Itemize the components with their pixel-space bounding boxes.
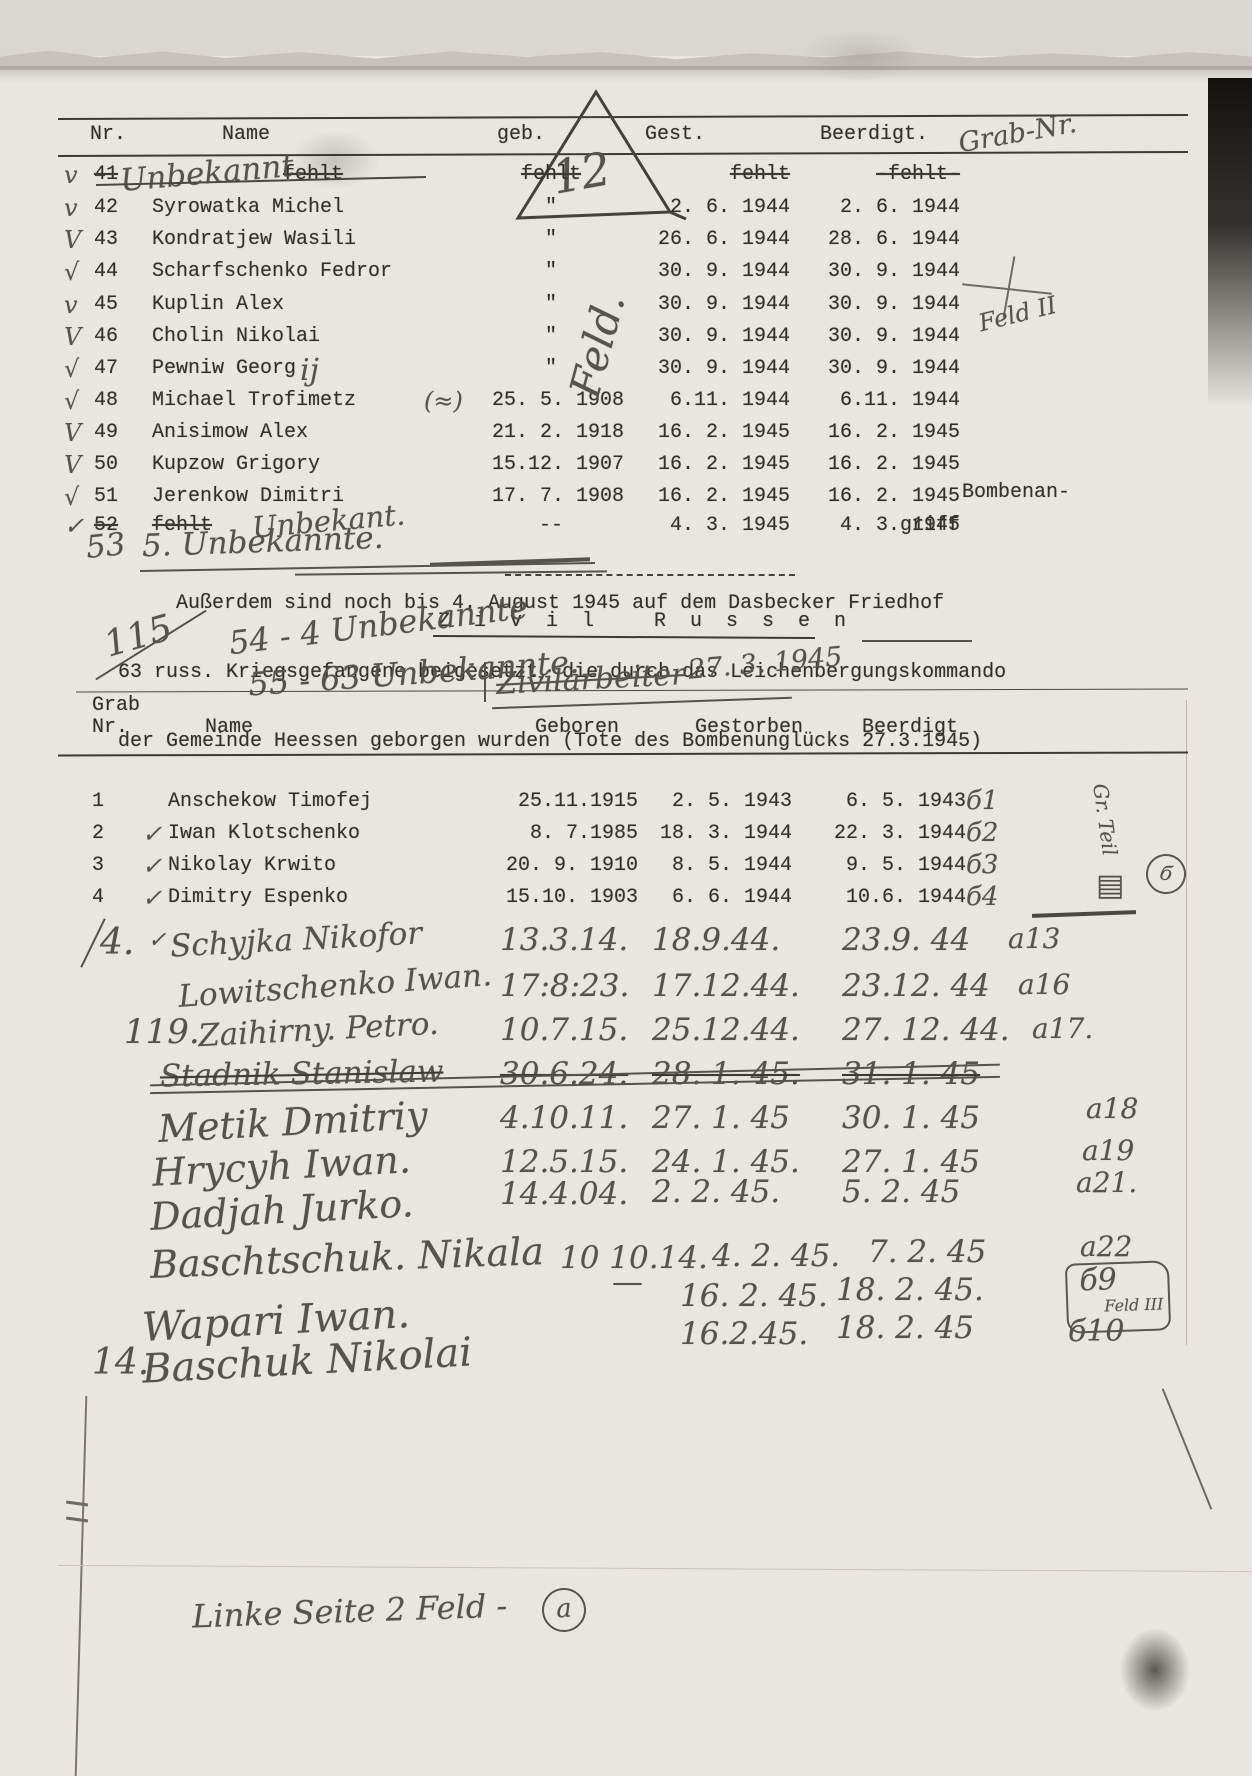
geb-cell: 21. 2. 1918 xyxy=(478,421,624,444)
grave-code: б1 xyxy=(966,786,998,816)
nr-cell: 2 xyxy=(92,822,104,845)
geboren-cell: 20. 9. 1910 xyxy=(498,854,638,877)
name-cell: Syrowatka Michel xyxy=(152,196,344,219)
nr-cell: 3 xyxy=(92,854,104,877)
beerdigt-cell: 30. 1. 45 xyxy=(842,1100,980,1136)
typed-dashed-underline xyxy=(505,574,795,576)
name-cell: Dadjah Jurko. xyxy=(149,1181,415,1239)
geboren-cell: 10.7.15. xyxy=(500,1012,628,1048)
grave-code: б3 xyxy=(966,850,998,880)
col-header-beerdigt: Beerdigt xyxy=(862,716,958,739)
name-cell: Baschuk Nikolai xyxy=(141,1329,473,1392)
beerdigt-cell: 5. 2. 45 xyxy=(842,1174,960,1210)
gest-cell: 30. 9. 1944 xyxy=(650,325,790,348)
handwritten-overline xyxy=(862,640,972,642)
table-row-handwritten: Dadjah Jurko. 14.4.04. 2. 2. 45. 5. 2. 4… xyxy=(0,1188,1252,1238)
beerdigt-cell: 18. 2. 45. xyxy=(836,1272,984,1308)
name-cell: Zaihirny. Petro. xyxy=(197,1006,439,1055)
beerdigt-cell: -fehlt- xyxy=(820,163,960,186)
handwritten-name-suffix: ij xyxy=(300,353,319,388)
geb-cell: " xyxy=(478,196,624,219)
col-header-geboren: Geboren xyxy=(535,716,619,739)
gest-cell: 30. 9. 1944 xyxy=(650,260,790,283)
name-cell: Cholin Nikolai xyxy=(152,325,320,348)
table-row: 1 Anschekow Timofej 25.11.1915 2. 5. 194… xyxy=(0,790,1252,822)
table-row: 2 ✓ Iwan Klotschenko 8. 7.1985 18. 3. 19… xyxy=(0,822,1252,854)
name-cell: Scharfschenko Fedror xyxy=(152,260,392,283)
check-mark: √ xyxy=(64,355,79,383)
margin-note-bombenangriff: Bombenan- xyxy=(962,481,1070,504)
table-row-handwritten: Lowitschenko Iwan. 17:8:23. 17.12.44. 23… xyxy=(0,968,1252,1014)
margin-note-bombenangriff-2: griff xyxy=(900,514,960,537)
table-row-handwritten-crossed: Stadnik Stanislaw 30.6.24. 28. 1. 45. 31… xyxy=(0,1056,1252,1102)
name-cell: Kupzow Grigory xyxy=(152,453,320,476)
gestorben-cell: 6. 6. 1944 xyxy=(650,886,792,909)
nr-cell: 46 xyxy=(94,325,118,348)
geb-cell: " xyxy=(478,228,624,251)
beerdigt-cell: 16. 2. 1945 xyxy=(820,453,960,476)
nr-cell: 45 xyxy=(94,293,118,316)
col-header-gestorben: Gestorben xyxy=(695,716,803,739)
nr-cell: 47 xyxy=(94,357,118,380)
check-mark: ✓ xyxy=(142,884,162,912)
gestorben-cell: 2. 5. 1943 xyxy=(650,790,792,813)
beerdigt-cell: 16. 2. 1945 xyxy=(820,485,960,508)
beerdigt-cell: 22. 3. 1944 xyxy=(824,822,966,845)
gestorben-cell: 2. 2. 45. xyxy=(652,1174,780,1210)
check-mark: √ xyxy=(64,258,79,286)
name-cell: Kondratjew Wasili xyxy=(152,228,356,251)
beerdigt-cell: 7. 2. 45 xyxy=(868,1234,986,1270)
gestorben-cell: 8. 5. 1944 xyxy=(650,854,792,877)
name-cell: Dimitry Espenko xyxy=(168,886,348,909)
check-mark: ✓ xyxy=(148,928,166,953)
handwritten-bracket xyxy=(484,662,486,702)
flag-symbol: ▤ xyxy=(1096,868,1124,903)
gest-cell: 2. 6. 1944 xyxy=(650,196,790,219)
geboren-cell: 12.5.15. xyxy=(500,1144,628,1180)
beerdigt-cell: 18. 2. 45 xyxy=(836,1310,974,1346)
name-cell: Anschekow Timofej xyxy=(168,790,372,813)
scanned-document: Nr. Name geb. Gest. Beerdigt. Grab-Nr. 1… xyxy=(0,0,1252,1776)
check-mark: V xyxy=(64,226,81,254)
table-row: V 43 Kondratjew Wasili " 26. 6. 1944 28.… xyxy=(0,228,1252,260)
check-mark: V xyxy=(64,323,81,351)
beerdigt-cell: 6. 5. 1943 xyxy=(824,790,966,813)
beerdigt-cell: 30. 9. 1944 xyxy=(820,260,960,283)
geboren-cell: 14.4.04. xyxy=(500,1176,628,1212)
grave-code: a17. xyxy=(1032,1012,1093,1045)
geboren-cell: 13.3.14. xyxy=(500,922,628,958)
nr-cell: 50 xyxy=(94,453,118,476)
grave-code: a22 xyxy=(1080,1230,1132,1263)
beerdigt-cell: 16. 2. 1945 xyxy=(820,421,960,444)
geb-cell: -- xyxy=(478,514,624,537)
beerdigt-cell: 27. 12. 44. xyxy=(842,1012,1010,1048)
gest-cell: fehlt xyxy=(650,163,790,186)
geb-cell: 17. 7. 1908 xyxy=(478,485,624,508)
beerdigt-cell: 30. 9. 1944 xyxy=(820,325,960,348)
beerdigt-cell: 23.9. 44 xyxy=(842,922,970,958)
check-mark: v xyxy=(64,291,78,319)
table-row: V 49 Anisimow Alex 21. 2. 1918 16. 2. 19… xyxy=(0,421,1252,453)
check-mark: ✓ xyxy=(142,820,162,848)
nr-cell: 41 xyxy=(94,163,118,186)
gest-cell: 26. 6. 1944 xyxy=(650,228,790,251)
check-mark: ✓ xyxy=(64,512,84,540)
gestorben-cell: 27. 1. 45 xyxy=(652,1100,790,1136)
table-row: √ 48 Michael Trofimetz (≈) 25. 5. 1908 6… xyxy=(0,389,1252,421)
beerdigt-cell: 2. 6. 1944 xyxy=(820,196,960,219)
table-row: v 41 fehlt Unbekannt. fehlt fehlt -fehlt… xyxy=(0,163,1252,195)
beerdigt-cell: 9. 5. 1944 xyxy=(824,854,966,877)
geboren-cell: 25.11.1915 xyxy=(498,790,638,813)
gestorben-cell: 28. 1. 45. xyxy=(652,1056,800,1092)
table-row: √ 44 Scharfschenko Fedror " 30. 9. 1944 … xyxy=(0,260,1252,292)
table-row-handwritten: Metik Dmitriy 4.10.11. 27. 1. 45 30. 1. … xyxy=(0,1100,1252,1150)
nr-cell: 43 xyxy=(94,228,118,251)
geb-cell: 15.12. 1907 xyxy=(478,453,624,476)
gestorben-cell: 16. 2. 45. xyxy=(680,1278,828,1314)
geb-cell: fehlt xyxy=(478,163,624,186)
grave-code: б2 xyxy=(966,818,998,848)
beerdigt-cell: 30. 9. 1944 xyxy=(820,357,960,380)
beerdigt-cell: 28. 6. 1944 xyxy=(820,228,960,251)
gestorben-cell: 4. 2. 45. xyxy=(712,1238,840,1274)
nr-cell: 49 xyxy=(94,421,118,444)
beerdigt-cell: 23.12. 44 xyxy=(842,968,990,1004)
nr-cell: 44 xyxy=(94,260,118,283)
gest-cell: 16. 2. 1945 xyxy=(650,453,790,476)
geboren-cell: 17:8:23. xyxy=(500,968,629,1004)
name-cell: Baschtschuk. Nikala xyxy=(149,1229,544,1287)
gest-cell: 16. 2. 1945 xyxy=(650,485,790,508)
table-row-handwritten: 14. Baschuk Nikolai 16.2.45. 18. 2. 45 б… xyxy=(0,1330,1252,1390)
gest-cell: 16. 2. 1945 xyxy=(650,421,790,444)
fold-shadow xyxy=(0,66,1252,82)
geboren-cell: — xyxy=(612,1264,643,1300)
name-cell: Iwan Klotschenko xyxy=(168,822,360,845)
gest-cell: 30. 9. 1944 xyxy=(650,357,790,380)
geboren-cell: 4.10.11. xyxy=(500,1100,628,1136)
grave-code: a18 xyxy=(1086,1092,1138,1125)
gest-cell: 30. 9. 1944 xyxy=(650,293,790,316)
gestorben-cell: 16.2.45. xyxy=(680,1316,808,1352)
name-cell: Anisimow Alex xyxy=(152,421,308,444)
grave-code: a13 xyxy=(1008,922,1060,955)
table-row-handwritten: 119. Zaihirny. Petro. 10.7.15. 25.12.44.… xyxy=(0,1012,1252,1058)
handwritten-mark: (≈) xyxy=(424,387,463,415)
nr-cell: 42 xyxy=(94,196,118,219)
col-header-grab: Grab xyxy=(92,694,140,717)
beerdigt-cell: 31. 1. 45 xyxy=(842,1056,980,1092)
grave-code: б4 xyxy=(966,882,998,912)
check-mark: v xyxy=(64,194,78,222)
grave-code: a19 xyxy=(1082,1134,1134,1167)
nr-cell: 4 xyxy=(92,886,104,909)
check-mark: √ xyxy=(64,387,79,415)
col-header-beerdigt: Beerdigt. xyxy=(820,123,928,146)
nr-cell: 119. xyxy=(124,1012,200,1052)
geboren-cell: 15.10. 1903 xyxy=(498,886,638,909)
gestorben-cell: 18. 3. 1944 xyxy=(650,822,792,845)
name-cell: Michael Trofimetz xyxy=(152,389,356,412)
gestorben-cell: 18.9.44. xyxy=(652,922,780,958)
grave-code: a16 xyxy=(1018,968,1070,1001)
name-cell: Nikolay Krwito xyxy=(168,854,336,877)
grave-code: a21. xyxy=(1076,1166,1137,1199)
table-row: v 42 Syrowatka Michel " 2. 6. 1944 2. 6.… xyxy=(0,196,1252,228)
gestorben-cell: 17.12.44. xyxy=(652,968,800,1004)
col-header-name: Name xyxy=(222,123,270,146)
gest-cell: 6.11. 1944 xyxy=(650,389,790,412)
check-mark: V xyxy=(64,451,81,479)
name-cell: Pewniw Georg xyxy=(152,357,296,380)
gest-cell: 4. 3. 1945 xyxy=(650,514,790,537)
name-cell: Kuplin Alex xyxy=(152,293,284,316)
check-mark: √ xyxy=(64,483,79,511)
grave-code: б9 xyxy=(1079,1262,1118,1298)
nr-cell: 51 xyxy=(94,485,118,508)
check-mark: v xyxy=(64,161,78,189)
table-row: 3 ✓ Nikolay Krwito 20. 9. 1910 8. 5. 194… xyxy=(0,854,1252,886)
grave-code: б10 xyxy=(1068,1314,1124,1349)
nr-cell: 48 xyxy=(94,389,118,412)
check-mark: V xyxy=(64,419,81,447)
beerdigt-cell: 30. 9. 1944 xyxy=(820,293,960,316)
nr-cell: 4. xyxy=(100,922,134,963)
col-header-nr: Nr. xyxy=(92,716,128,739)
name-cell: Schyjka Nikofor xyxy=(169,915,423,964)
beerdigt-cell: 6.11. 1944 xyxy=(820,389,960,412)
grave-code-feld: Feld III xyxy=(1104,1294,1164,1315)
gestorben-cell: 25.12.44. xyxy=(652,1012,800,1048)
geb-cell: " xyxy=(478,260,624,283)
table-row-handwritten: 4. ✓ Schyjka Nikofor 13.3.14. 18.9.44. 2… xyxy=(0,922,1252,968)
col-header-name: Name xyxy=(205,716,253,739)
geboren-cell: 8. 7.1985 xyxy=(498,822,638,845)
table-row: √ 47 Pewniw Georg ij " 30. 9. 1944 30. 9… xyxy=(0,357,1252,389)
nr-cell: 1 xyxy=(92,790,104,813)
col-header-nr: Nr. xyxy=(90,123,126,146)
beerdigt-cell: 10.6. 1944 xyxy=(824,886,966,909)
check-mark: ✓ xyxy=(142,852,162,880)
